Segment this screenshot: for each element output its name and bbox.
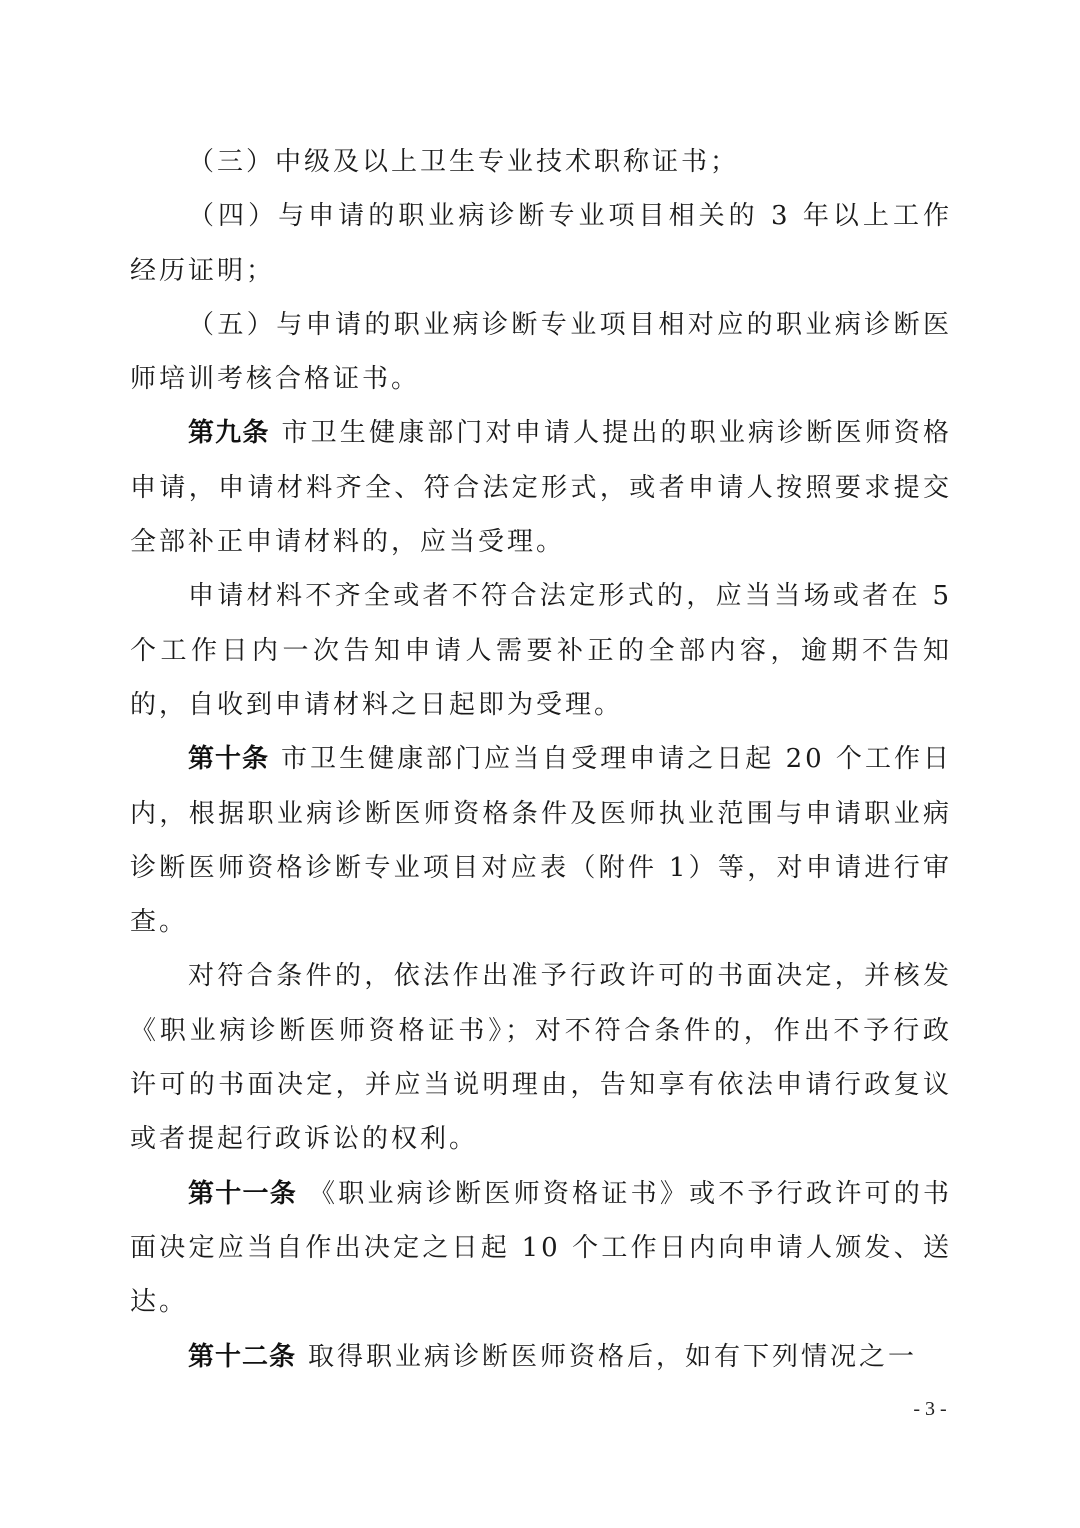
article-heading: 第十条 — [188, 744, 269, 774]
article-12: 第十二条取得职业病诊断医师资格后，如有下列情况之一 — [130, 1330, 952, 1384]
paragraph-text: 取得职业病诊断医师资格后，如有下列情况之一 — [308, 1342, 917, 1372]
paragraph-item-3: （三）中级及以上卫生专业技术职称证书； — [130, 135, 952, 189]
paragraph-item-5: （五）与申请的职业病诊断专业项目相对应的职业病诊断医师培训考核合格证书。 — [130, 298, 952, 407]
article-10-paragraph-2: 对符合条件的，依法作出准予行政许可的书面决定，并核发《职业病诊断医师资格证书》；… — [130, 949, 952, 1166]
article-9-paragraph-2: 申请材料不齐全或者不符合法定形式的，应当当场或者在 5 个工作日内一次告知申请人… — [130, 569, 952, 732]
paragraph-text: （三）中级及以上卫生专业技术职称证书； — [188, 147, 739, 177]
paragraph-text: 对符合条件的，依法作出准予行政许可的书面决定，并核发《职业病诊断医师资格证书》；… — [130, 961, 952, 1154]
article-heading: 第十二条 — [188, 1342, 296, 1372]
paragraph-text: （四）与申请的职业病诊断专业项目相关的 3 年以上工作经历证明； — [130, 201, 952, 285]
document-page: （三）中级及以上卫生专业技术职称证书； （四）与申请的职业病诊断专业项目相关的 … — [130, 135, 952, 1384]
paragraph-item-4: （四）与申请的职业病诊断专业项目相关的 3 年以上工作经历证明； — [130, 189, 952, 298]
paragraph-text: （五）与申请的职业病诊断专业项目相对应的职业病诊断医师培训考核合格证书。 — [130, 310, 952, 394]
article-heading: 第九条 — [188, 418, 269, 448]
article-heading: 第十一条 — [188, 1179, 297, 1209]
article-10: 第十条市卫生健康部门应当自受理申请之日起 20 个工作日内，根据职业病诊断医师资… — [130, 732, 952, 949]
page-number: - 3 - — [900, 1398, 960, 1421]
article-11: 第十一条《职业病诊断医师资格证书》或不予行政许可的书面决定应当自作出决定之日起 … — [130, 1167, 952, 1330]
paragraph-text: 申请材料不齐全或者不符合法定形式的，应当当场或者在 5 个工作日内一次告知申请人… — [130, 581, 952, 720]
article-9: 第九条市卫生健康部门对申请人提出的职业病诊断医师资格申请，申请材料齐全、符合法定… — [130, 406, 952, 569]
